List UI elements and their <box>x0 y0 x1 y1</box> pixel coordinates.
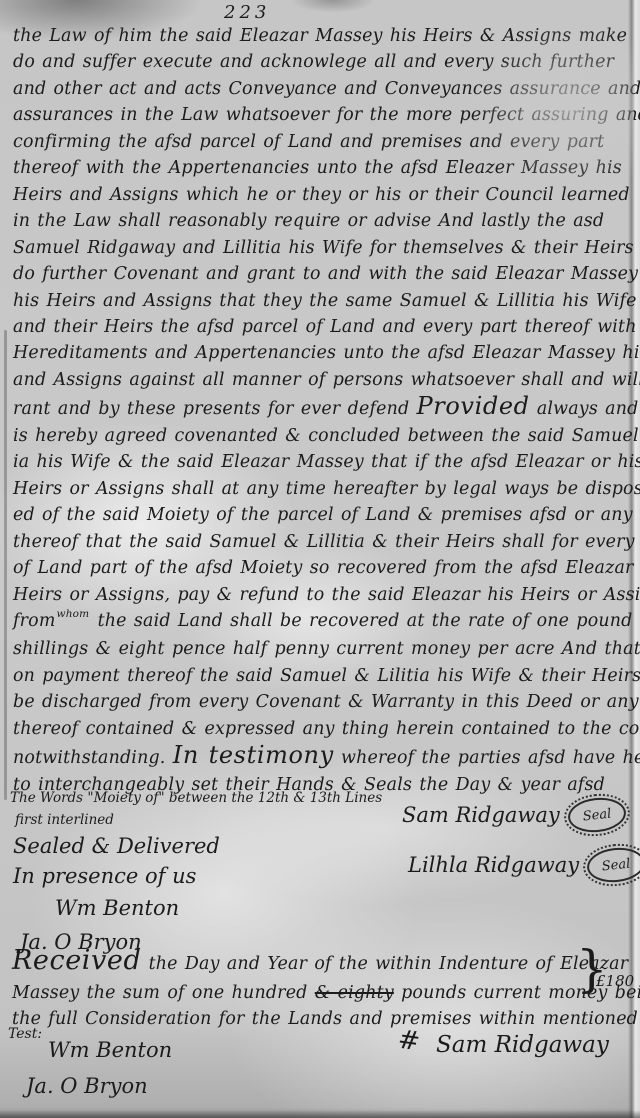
provided-line-pre: rant and by these presents for ever defe… <box>13 399 417 419</box>
received-emphasis: Received <box>12 945 141 976</box>
page-left-margin-line <box>4 330 7 800</box>
receipt-witness-obryon: Ja. O Bryon <box>26 1074 148 1098</box>
receipt-line3: the full Consideration for the Lands and… <box>12 1006 638 1032</box>
deed-text-line: Hereditaments and Appertenancies unto th… <box>13 340 629 366</box>
signature-row-lilhla-ridgaway: Lilhla Ridgaway Seal <box>408 848 640 882</box>
interlined-word-whom: whom <box>57 601 90 627</box>
provided-line-post: always and it <box>530 399 640 419</box>
deed-lines-block-b: is hereby agreed covenanted & concluded … <box>13 423 629 608</box>
interlineation-note-line1: The Words "Moiety of" between the 12th &… <box>10 788 382 809</box>
deed-text-line: thereof that the said Samuel & Lillitia … <box>13 529 629 555</box>
provided-emphasis: Provided <box>417 392 530 420</box>
deed-text-line: assurances in the Law whatsoever for the… <box>13 102 629 128</box>
deed-text-line: and other act and acts Conveyance and Co… <box>13 76 629 102</box>
signature-lilhla-ridgaway: Lilhla Ridgaway <box>408 853 579 877</box>
whom-line-post: the said Land shall be recovered at the … <box>90 611 640 631</box>
receipt-line2: Massey the sum of one hundred & eighty p… <box>12 980 640 1006</box>
signature-sam-ridgaway: Sam Ridgaway <box>402 803 560 827</box>
deed-text-line: in the Law shall reasonably require or a… <box>13 208 629 234</box>
deed-interlined-whom-line: fromwhom the said Land shall be recovere… <box>13 608 629 636</box>
deed-text-line: be discharged from every Covenant & Warr… <box>13 689 629 715</box>
deed-text-line: and their Heirs the afsd parcel of Land … <box>13 314 629 340</box>
receipt-line2-pre: Massey the sum of one hundred <box>12 983 315 1003</box>
signature-row-sam-ridgaway: Sam Ridgaway Seal <box>402 798 626 832</box>
receipt-struck-words: & eighty <box>315 983 394 1003</box>
testimony-line-post: whereof the parties afsd have here <box>334 748 640 768</box>
testimony-line-pre: notwithstanding. <box>13 748 173 768</box>
seal-label: Seal <box>582 806 612 824</box>
deed-text-line: shillings & eight pence half penny curre… <box>13 636 629 662</box>
deed-main-text: the Law of him the said Eleazar Massey h… <box>13 23 629 798</box>
deed-text-line: do further Covenant and grant to and wit… <box>13 261 629 287</box>
deed-provided-line: rant and by these presents for ever defe… <box>13 393 629 422</box>
deed-text-line: on payment thereof the said Samuel & Lil… <box>13 663 629 689</box>
deed-text-line: Heirs or Assigns shall at any time herea… <box>13 476 629 502</box>
wax-seal-icon: Seal <box>566 795 627 835</box>
deed-text-line: his Heirs and Assigns that they the same… <box>13 288 629 314</box>
whom-line-pre: from <box>13 611 56 631</box>
interlineation-note-line2: first interlined <box>15 810 114 831</box>
signature-flourish-mark: # <box>396 1025 422 1058</box>
deed-text-line: is hereby agreed covenanted & concluded … <box>13 423 629 449</box>
receipt-line1-rest: the Day and Year of the within Indenture… <box>141 954 628 974</box>
deed-text-line: thereof contained & expressed any thing … <box>13 716 629 742</box>
deed-text-line: Samuel Ridgaway and Lillitia his Wife fo… <box>13 235 629 261</box>
sealed-delivered-label: Sealed & Delivered <box>13 834 220 858</box>
receipt-signature-sam-ridgaway: Sam Ridgaway <box>436 1032 609 1058</box>
bottom-scan-smudge <box>0 1110 640 1118</box>
seal-label: Seal <box>601 856 631 874</box>
deed-text-line: do and suffer execute and acknowlege all… <box>13 49 629 75</box>
receipt-witness-benton: Wm Benton <box>48 1038 172 1062</box>
testimony-emphasis: In testimony <box>173 741 334 769</box>
deed-lines-block-a: the Law of him the said Eleazar Massey h… <box>13 23 629 393</box>
deed-testimony-line: notwithstanding. In testimony whereof th… <box>13 742 629 771</box>
deed-text-line: ia his Wife & the said Eleazar Massey th… <box>13 449 629 475</box>
witness-signature-benton: Wm Benton <box>55 896 179 920</box>
receipt-line1: Received the Day and Year of the within … <box>12 948 628 977</box>
deed-text-line: confirming the afsd parcel of Land and p… <box>13 129 629 155</box>
deed-text-line: and Assigns against all manner of person… <box>13 367 629 393</box>
deed-text-line: Heirs or Assigns, pay & refund to the sa… <box>13 582 629 608</box>
presence-label: In presence of us <box>13 864 196 888</box>
page-number: 223 <box>224 2 270 23</box>
deed-text-line: thereof with the Appertenancies unto the… <box>13 155 629 181</box>
deed-text-line: of Land part of the afsd Moiety so recov… <box>13 555 629 581</box>
deed-lines-block-c: shillings & eight pence half penny curre… <box>13 636 629 742</box>
test-label: Test: <box>8 1026 42 1042</box>
deed-text-line: Heirs and Assigns which he or they or hi… <box>13 182 629 208</box>
deed-text-line: ed of the said Moiety of the parcel of L… <box>13 502 629 528</box>
deed-text-line: the Law of him the said Eleazar Massey h… <box>13 23 629 49</box>
deed-page-scan: 223 the Law of him the said Eleazar Mass… <box>0 0 640 1118</box>
wax-seal-icon: Seal <box>585 845 640 885</box>
consideration-amount: £180 <box>596 972 634 990</box>
